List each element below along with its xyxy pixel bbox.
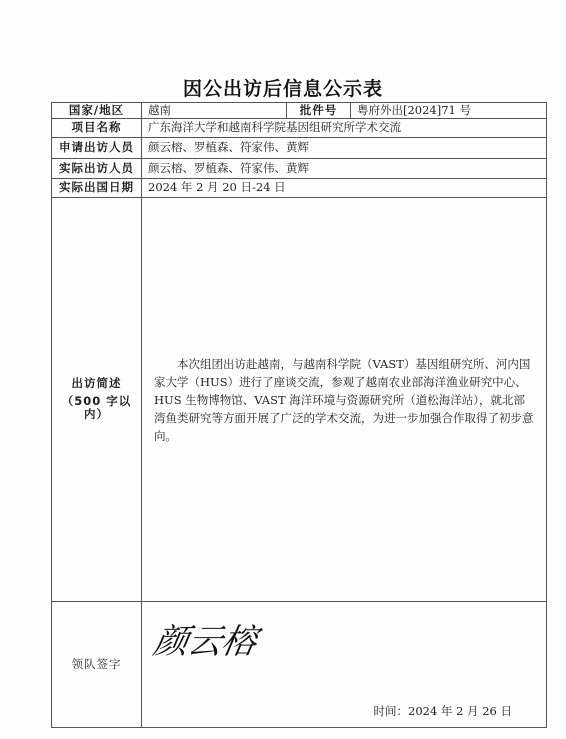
summary-text: 本次组团出访赴越南，与越南科学院（VAST）基因组研究所、河内国家大学（HUS）… <box>148 355 540 445</box>
dates-label: 实际出国日期 <box>52 179 142 198</box>
summary-label: 出访简述 （500 字以内） <box>52 198 142 602</box>
signature-date: 时间：2024 年 2 月 26 日 <box>374 705 513 719</box>
dates-value: 2024 年 2 月 20 日-24 日 <box>142 179 547 198</box>
row-signature: 领队签字 颜云榕 时间：2024 年 2 月 26 日 <box>52 602 547 728</box>
signature-image: 颜云榕 <box>150 622 259 663</box>
page-title: 因公出访后信息公示表 <box>0 74 566 101</box>
info-table: 国家/地区 越南 批件号 粤府外出[2024]71 号 项目名称 广东海洋大学和… <box>51 102 547 728</box>
approval-label: 批件号 <box>287 103 351 119</box>
row-project: 项目名称 广东海洋大学和越南科学院基因组研究所学术交流 <box>52 119 547 138</box>
summary-cell: 本次组团出访赴越南，与越南科学院（VAST）基因组研究所、河内国家大学（HUS）… <box>142 198 547 602</box>
row-actual-members: 实际出访人员 颜云榕、罗植森、符家伟、黄辉 <box>52 159 547 179</box>
row-applied-members: 申请出访人员 颜云榕、罗植森、符家伟、黄辉 <box>52 138 547 159</box>
country-label: 国家/地区 <box>52 103 142 119</box>
actual-members-value: 颜云榕、罗植森、符家伟、黄辉 <box>142 159 547 179</box>
project-label: 项目名称 <box>52 119 142 138</box>
summary-label-line2: （500 字以内） <box>58 395 135 423</box>
country-value: 越南 <box>142 103 287 119</box>
project-value: 广东海洋大学和越南科学院基因组研究所学术交流 <box>142 119 547 138</box>
row-summary: 出访简述 （500 字以内） 本次组团出访赴越南，与越南科学院（VAST）基因组… <box>52 198 547 602</box>
row-dates: 实际出国日期 2024 年 2 月 20 日-24 日 <box>52 179 547 198</box>
signature-cell: 颜云榕 时间：2024 年 2 月 26 日 <box>142 602 547 728</box>
actual-members-label: 实际出访人员 <box>52 159 142 179</box>
applied-members-value: 颜云榕、罗植森、符家伟、黄辉 <box>142 138 547 159</box>
signature-label: 领队签字 <box>52 602 142 728</box>
applied-members-label: 申请出访人员 <box>52 138 142 159</box>
row-country: 国家/地区 越南 批件号 粤府外出[2024]71 号 <box>52 103 547 119</box>
summary-label-line1: 出访简述 <box>58 377 135 391</box>
approval-value: 粤府外出[2024]71 号 <box>351 103 547 119</box>
